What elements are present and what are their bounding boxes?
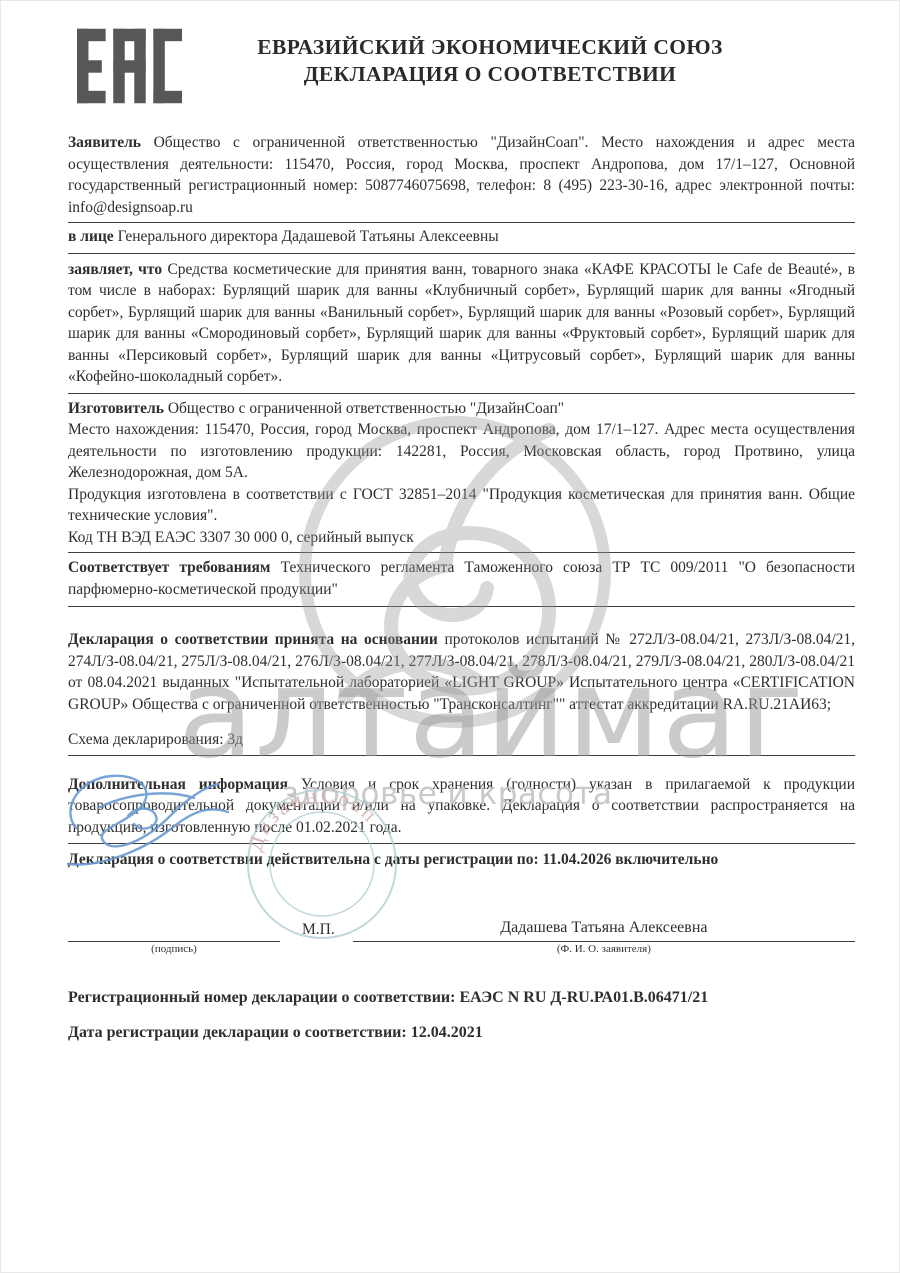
registration-number-value: ЕАЭС N RU Д-RU.РА01.В.06471/21 [459,989,708,1006]
section-additional-info: Дополнительная информация Условия и срок… [68,774,855,845]
signature-field: (подпись) [68,915,280,957]
fio-caption: (Ф. И. О. заявителя) [353,942,855,957]
represented-by-text: Генерального директора Дадашевой Татьяны… [118,228,499,245]
signature-line [68,915,280,942]
registration-date-label: Дата регистрации декларации о соответств… [68,1024,407,1041]
manufacturer-gost: Продукция изготовлена в соответствии с Г… [68,484,855,527]
represented-by-label: в лице [68,228,114,245]
validity-text: Декларация о соответствии действительна … [68,851,718,868]
registration-number-row: Регистрационный номер декларации о соотв… [68,987,855,1009]
signature-row: (подпись) М.П. Дадашева Татьяна Алексеев… [68,915,855,957]
section-basis: Декларация о соответствии принята на осн… [68,629,855,715]
signature-caption: (подпись) [68,942,280,957]
applicant-label: Заявитель [68,134,141,151]
registration-date-value: 12.04.2021 [411,1024,483,1041]
section-validity: Декларация о соответствии действительна … [68,844,855,871]
manufacturer-address: Место нахождения: 115470, Россия, город … [68,419,855,484]
additional-info-label: Дополнительная информация [68,776,288,793]
section-manufacturer: Изготовитель Общество с ограниченной отв… [68,394,855,554]
section-declares: заявляет, что Средства косметические для… [68,254,855,394]
scheme-text: Схема декларирования: 3д [68,731,243,748]
section-applicant: Заявитель Общество с ограниченной ответс… [68,132,855,223]
registration-number-label: Регистрационный номер декларации о соотв… [68,989,455,1006]
section-complies: Соответствует требованиям Технического р… [68,553,855,607]
applicant-fio: Дадашева Татьяна Алексеевна [353,917,855,942]
applicant-fio-field: Дадашева Татьяна Алексеевна (Ф. И. О. за… [353,917,855,957]
declares-label: заявляет, что [68,261,162,278]
manufacturer-name-line: Изготовитель Общество с ограниченной отв… [68,398,855,420]
section-scheme: Схема декларирования: 3д [68,729,855,756]
section-represented-by: в лице Генерального директора Дадашевой … [68,223,855,254]
applicant-text: Общество с ограниченной ответственностью… [68,134,855,216]
document-title: ЕВРАЗИЙСКИЙ ЭКОНОМИЧЕСКИЙ СОЮЗ ДЕКЛАРАЦИ… [200,34,780,88]
registration-date-row: Дата регистрации декларации о соответств… [68,1022,855,1044]
title-union: ЕВРАЗИЙСКИЙ ЭКОНОМИЧЕСКИЙ СОЮЗ [200,34,780,61]
stamp-place-label: М.П. [280,919,353,957]
manufacturer-tnved: Код ТН ВЭД ЕАЭС 3307 30 000 0, серийный … [68,527,855,549]
declaration-document: { "header": { "eac_mark": "ЕАС", "title_… [0,0,900,1273]
eac-mark-icon [77,28,182,104]
title-declaration: ДЕКЛАРАЦИЯ О СООТВЕТСТВИИ [200,61,780,88]
complies-label: Соответствует требованиям [68,559,270,576]
basis-label: Декларация о соответствии принята на осн… [68,631,438,648]
document-body: Заявитель Общество с ограниченной ответс… [68,132,855,1044]
manufacturer-label: Изготовитель [68,400,164,417]
declares-text: Средства косметические для принятия ванн… [68,261,855,386]
manufacturer-name: Общество с ограниченной ответственностью… [168,400,564,417]
